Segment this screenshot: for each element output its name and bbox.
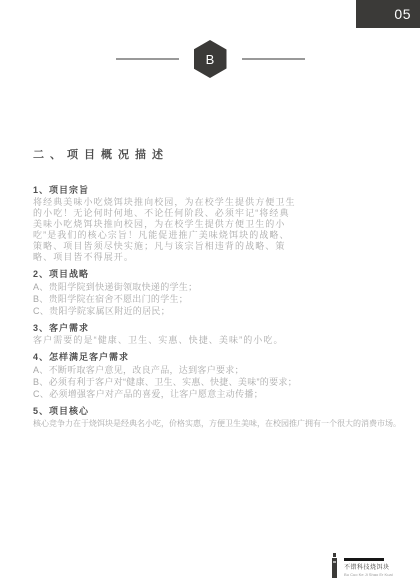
section-heading: 2、项目战略 [33,268,403,281]
section-divider: B [0,40,420,78]
section-project-core: 5、项目核心 核心竞争力在于烧饵块是经典名小吃，价格实惠，方便卫生美味，在校园推… [33,405,403,429]
section-heading: 5、项目核心 [33,405,403,418]
section-heading: 3、客户需求 [33,322,403,335]
list-item: B、必须有利于客户对“健康、卫生、实惠、快捷、美味”的要求； [33,376,403,388]
section-satisfy-needs: 4、怎样满足客户需求 A、不断听取客户意见，改良产品，达到客户要求； B、必须有… [33,351,403,400]
section-paragraph: 将经典美味小吃烧饵块推向校园，为在校学生提供方便卫生的小吃！无论何时何地、不论任… [33,197,296,263]
section-heading: 4、怎样满足客户需求 [33,351,403,364]
document-page: 05 B 二、项目概况描述 1、项目宗旨 将经典美味小吃烧饵块推向校园，为在校学… [0,0,420,587]
page-number-badge: 05 [356,0,420,28]
section-customer-needs: 3、客户需求 客户需要的是“健康、卫生、实惠、快捷、美味”的小吃。 [33,322,403,346]
section-paragraph: 客户需要的是“健康、卫生、实惠、快捷、美味”的小吃。 [33,335,403,346]
list-item: B、贵阳学院在宿舍不愿出门的学生； [33,293,403,305]
section-paragraph: 核心竞争力在于烧饵块是经典名小吃，价格实惠，方便卫生美味，在校园推广拥有一个很大… [33,418,403,429]
list-item: A、不断听取客户意见，改良产品，达到客户要求； [33,364,403,376]
section-project-purpose: 1、项目宗旨 将经典美味小吃烧饵块推向校园，为在校学生提供方便卫生的小吃！无论何… [33,184,403,263]
page-title: 二、项目概况描述 [33,146,403,162]
hexagon-badge-icon: B [194,40,227,78]
list-item: C、必须增强客户对产品的喜爱，让客户愿意主动传播； [33,388,403,400]
content-area: 二、项目概况描述 1、项目宗旨 将经典美味小吃烧饵块推向校园，为在校学生提供方便… [33,146,403,434]
brand-subtitle: Bu Cuo Ke Ji Shao Er Kuai [344,572,393,577]
section-project-strategy: 2、项目战略 A、贵阳学院到快递街领取快递的学生； B、贵阳学院在宿舍不愿出门的… [33,268,403,317]
brand-divider-bar [344,558,384,561]
brand-logo-icon [330,553,339,578]
list-item: A、贵阳学院到快递街领取快递的学生； [33,281,403,293]
footer-brand-logo: 不错科技烧饵块 Bu Cuo Ke Ji Shao Er Kuai [330,553,398,578]
divider-line-right [242,58,305,60]
section-heading: 1、项目宗旨 [33,184,403,197]
list-item: C、贵阳学院家属区附近的居民； [33,305,403,317]
hexagon-badge-letter: B [206,52,215,67]
brand-name: 不错科技烧饵块 [344,564,398,572]
divider-line-left [116,58,179,60]
brand-text-block: 不错科技烧饵块 Bu Cuo Ke Ji Shao Er Kuai [344,558,398,578]
page-number: 05 [394,6,411,22]
